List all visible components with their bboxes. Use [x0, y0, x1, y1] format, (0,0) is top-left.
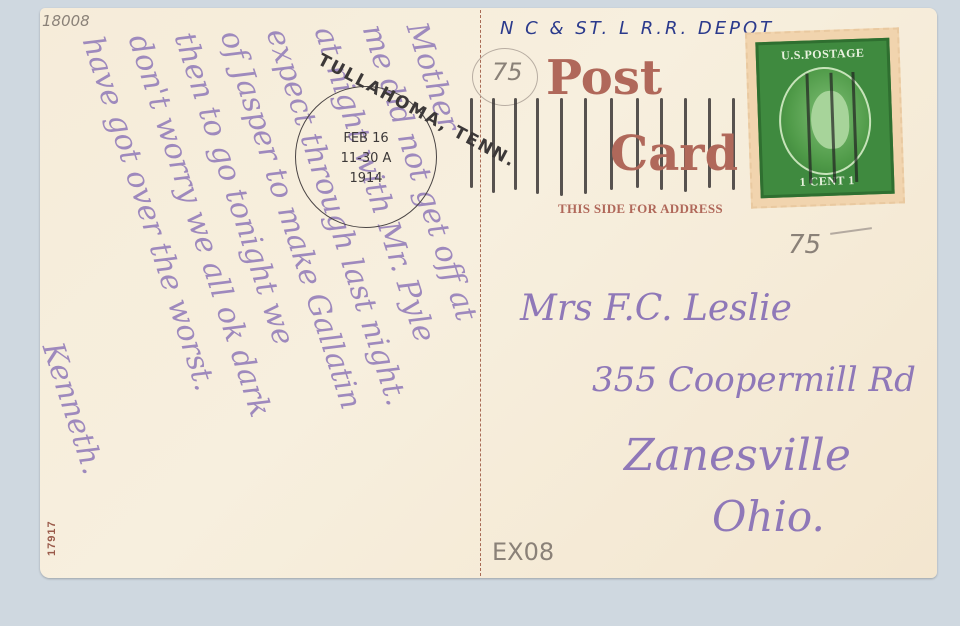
message-signature: Kenneth. [40, 338, 110, 479]
recipient-state: Ohio. [712, 492, 825, 541]
recipient-street: 355 Coopermill Rd [592, 360, 916, 400]
address-side-label: THIS SIDE FOR ADDRESS [558, 201, 723, 217]
postmark-time: 11-30 A [296, 151, 436, 166]
postmark: TULLAHOMA, TENN. FEB 16 11-30 A 1914 [295, 86, 437, 228]
recipient-name: Mrs F.C. Leslie [520, 288, 792, 329]
washington-portrait-icon [777, 65, 873, 176]
circled-price-text: 75 [492, 58, 523, 86]
postage-stamp: U.S.POSTAGE 1 CENT 1 [745, 27, 905, 208]
post-title: Post [546, 54, 662, 102]
card-title: Card [610, 130, 738, 178]
pencil-dash [830, 227, 872, 234]
stamp-bottom-text: 1 CENT 1 [763, 172, 891, 191]
postmark-date: FEB 16 [296, 131, 436, 146]
series-number: 17917 [46, 520, 58, 556]
postmark-year: 1914 [296, 171, 436, 186]
stamp-top-text: U.S.POSTAGE [759, 45, 887, 64]
recipient-city: Zanesville [624, 430, 851, 481]
postcard: 18008 Mother me did not get off at at ni… [40, 8, 937, 578]
pencil-code: EX08 [492, 538, 554, 566]
stamp-face: U.S.POSTAGE 1 CENT 1 [755, 38, 894, 199]
inventory-number: 18008 [42, 12, 90, 30]
pencil-price: 75 [788, 230, 821, 260]
depot-note: N C & ST. L R.R. DEPOT [500, 18, 774, 39]
